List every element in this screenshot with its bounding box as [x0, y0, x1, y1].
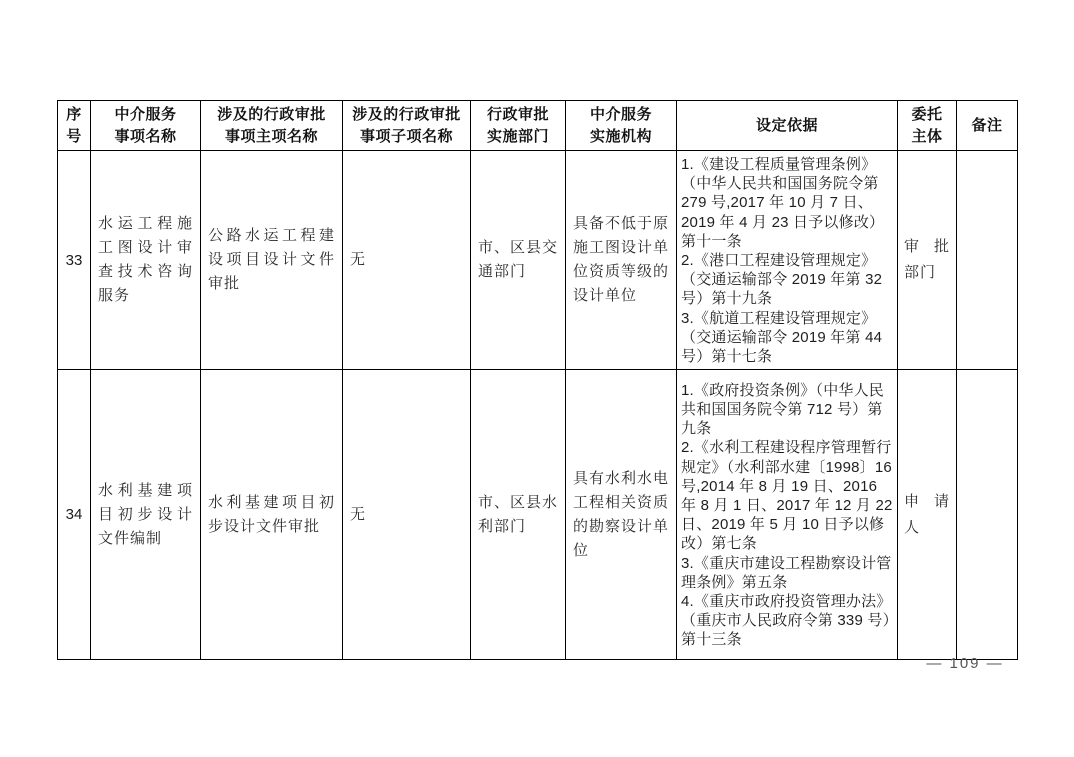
basis-item: 3.《航道工程建设管理规定》（交通运输部令 2019 年第 44 号）第十七条 [681, 309, 895, 367]
cell-legal-basis: 1.《政府投资条例》（中华人民共和国国务院令第 712 号）第九条 2.《水利工… [677, 370, 898, 660]
cell-approval-dept: 市、区县水利部门 [471, 370, 566, 660]
header-principal: 委托 主体 [898, 101, 957, 151]
header-approval-dept: 行政审批 实施部门 [471, 101, 566, 151]
cell-legal-basis: 1.《建设工程质量管理条例》（中华人民共和国国务院令第 279 号,2017 年… [677, 151, 898, 370]
cell-sub-item: 无 [343, 151, 471, 370]
basis-item: 2.《港口工程建设管理规定》（交通运输部令 2019 年第 32 号）第十九条 [681, 251, 895, 309]
cell-remark [957, 151, 1018, 370]
header-row: 序 号 中介服务 事项名称 涉及的行政审批 事项主项名称 涉及的行政审批 事项子… [58, 101, 1018, 151]
header-remark: 备注 [957, 101, 1018, 151]
cell-remark [957, 370, 1018, 660]
cell-service-agency: 具有水利水电工程相关资质的勘察设计单位 [566, 370, 677, 660]
table-row: 34 水利基建项目初步设计文件编制 水利基建项目初步设计文件审批 无 市、区县水… [58, 370, 1018, 660]
header-service-agency: 中介服务 实施机构 [566, 101, 677, 151]
basis-item: 2.《水利工程建设程序管理暂行规定》（水利部水建〔1998〕16 号,2014 … [681, 438, 895, 553]
document-page: 序 号 中介服务 事项名称 涉及的行政审批 事项主项名称 涉及的行政审批 事项子… [0, 0, 1074, 757]
cell-service-agency: 具备不低于原施工图设计单位资质等级的设计单位 [566, 151, 677, 370]
header-serial-number: 序 号 [58, 101, 91, 151]
header-main-item: 涉及的行政审批 事项主项名称 [201, 101, 343, 151]
table-row: 33 水运工程施工图设计审查技术咨询服务 公路水运工程建设项目设计文件审批 无 … [58, 151, 1018, 370]
services-table: 序 号 中介服务 事项名称 涉及的行政审批 事项主项名称 涉及的行政审批 事项子… [57, 100, 1018, 660]
basis-item: 1.《建设工程质量管理条例》（中华人民共和国国务院令第 279 号,2017 年… [681, 155, 895, 251]
cell-serial-number: 34 [58, 370, 91, 660]
header-legal-basis: 设定依据 [677, 101, 898, 151]
cell-service-name: 水运工程施工图设计审查技术咨询服务 [91, 151, 201, 370]
cell-serial-number: 33 [58, 151, 91, 370]
cell-principal: 审批部门 [898, 151, 957, 370]
basis-item: 4.《重庆市政府投资管理办法》（重庆市人民政府令第 339 号）第十三条 [681, 592, 895, 650]
cell-approval-dept: 市、区县交通部门 [471, 151, 566, 370]
cell-main-item: 公路水运工程建设项目设计文件审批 [201, 151, 343, 370]
basis-item: 3.《重庆市建设工程勘察设计管理条例》第五条 [681, 554, 895, 592]
cell-service-name: 水利基建项目初步设计文件编制 [91, 370, 201, 660]
cell-principal: 申请人 [898, 370, 957, 660]
header-service-name: 中介服务 事项名称 [91, 101, 201, 151]
page-number: — 109 — [890, 655, 1040, 672]
header-sub-item: 涉及的行政审批 事项子项名称 [343, 101, 471, 151]
cell-sub-item: 无 [343, 370, 471, 660]
basis-item: 1.《政府投资条例》（中华人民共和国国务院令第 712 号）第九条 [681, 381, 895, 439]
cell-main-item: 水利基建项目初步设计文件审批 [201, 370, 343, 660]
